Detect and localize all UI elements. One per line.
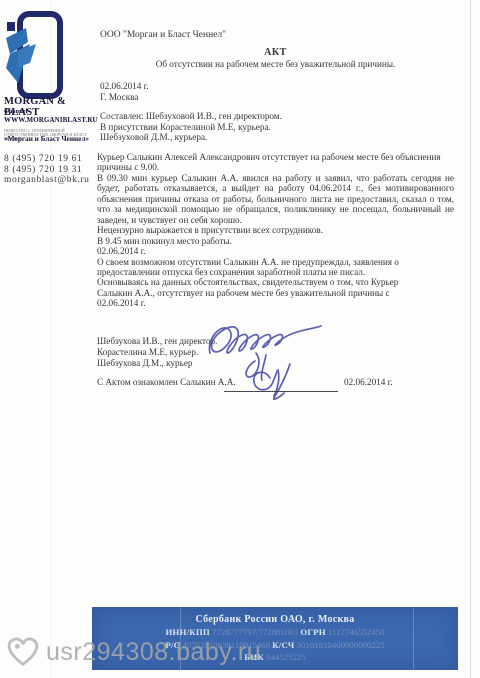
acknowledgement-text: С Актом ознакомлен Салыкин А.А. <box>97 377 236 387</box>
document-body: Курьер Салыкин Алексей Александрович отс… <box>97 152 454 309</box>
document-date: 02.06.2014 г. <box>100 81 149 91</box>
signature-line <box>224 391 338 392</box>
brand-name-russian: «Морган и Бласт Ченнел» <box>4 135 89 143</box>
witness-line-2: Шебзуховой Д.М., курьера. <box>100 132 207 142</box>
composed-by-line: Составлен: Шебзуховой И.В., ген директор… <box>100 111 282 121</box>
watermark-text: usr294308.baby.ru <box>46 638 261 667</box>
ogrn-label: ОГРН <box>300 627 325 637</box>
morgan-blast-logo-icon <box>6 11 70 101</box>
signature-salykin-ink <box>246 362 318 400</box>
ogrn-value: 1117746552450 <box>328 627 385 637</box>
phone-number-1: 8 (495) 720 19 61 <box>4 154 90 165</box>
body-paragraph: 02.06.2014 г. <box>97 246 454 256</box>
watermark: usr294308.baby.ru <box>4 636 261 668</box>
paper-crease <box>413 607 414 670</box>
body-paragraph: Основываясь на данных обстоятельствах, с… <box>97 277 433 308</box>
body-paragraph: Нецензурно выражается в присутствии всех… <box>97 225 454 235</box>
signatories-block: Шебзухова И.В., ген директор. Корастелин… <box>97 336 217 369</box>
witness-line-1: В присутствии Корастелиной М.Е, курьера. <box>100 122 271 132</box>
contact-block: 8 (495) 720 19 61 8 (495) 720 19 31 morg… <box>4 154 90 186</box>
phone-number-2: 8 (495) 720 19 31 <box>4 165 90 176</box>
bik-value: 044525225 <box>266 652 306 662</box>
body-paragraph: В 09.30 мин курьер Салыкин А.А. явился н… <box>97 173 454 225</box>
signatory-2: Корастелина М.Е, курьер. <box>97 347 217 358</box>
signatory-1: Шебзухова И.В., ген директор. <box>97 336 217 347</box>
document-subtitle: Об отсутствии на рабочем месте без уважи… <box>97 59 454 69</box>
body-paragraph: В 9.45 мин покинул место работы. <box>97 236 454 246</box>
brand-subname: Channel <box>4 108 27 115</box>
ks-value: 30101810400000000225 <box>297 640 385 650</box>
scanned-document-page: MORGAN & BLAST Channel WWW.MORGANIBLAST.… <box>0 0 480 678</box>
email-address: morganblast@bk.ru <box>4 175 90 186</box>
scan-edge <box>470 0 471 678</box>
document-city: Г. Москва <box>100 92 138 102</box>
body-paragraph: Курьер Салыкин Алексей Александрович отс… <box>97 152 454 173</box>
body-paragraph: О своем возможном отсутствии Салыкин А.А… <box>97 257 433 278</box>
paper-fold-line <box>50 0 52 678</box>
babyru-heart-icon <box>4 636 42 668</box>
signatory-3: Шебзухова Д.М., курьер <box>97 358 217 369</box>
document-title: АКТ <box>97 47 454 58</box>
acknowledgement-date: 02.06.2014 г. <box>344 377 393 387</box>
signature-shebzukhova-ink <box>200 313 325 381</box>
ks-label: К/СЧ <box>272 640 294 650</box>
bank-name: Сбербанк России ОАО, г. Москва <box>92 614 458 626</box>
company-header: ООО "Морган и Бласт Ченнел" <box>100 30 226 40</box>
